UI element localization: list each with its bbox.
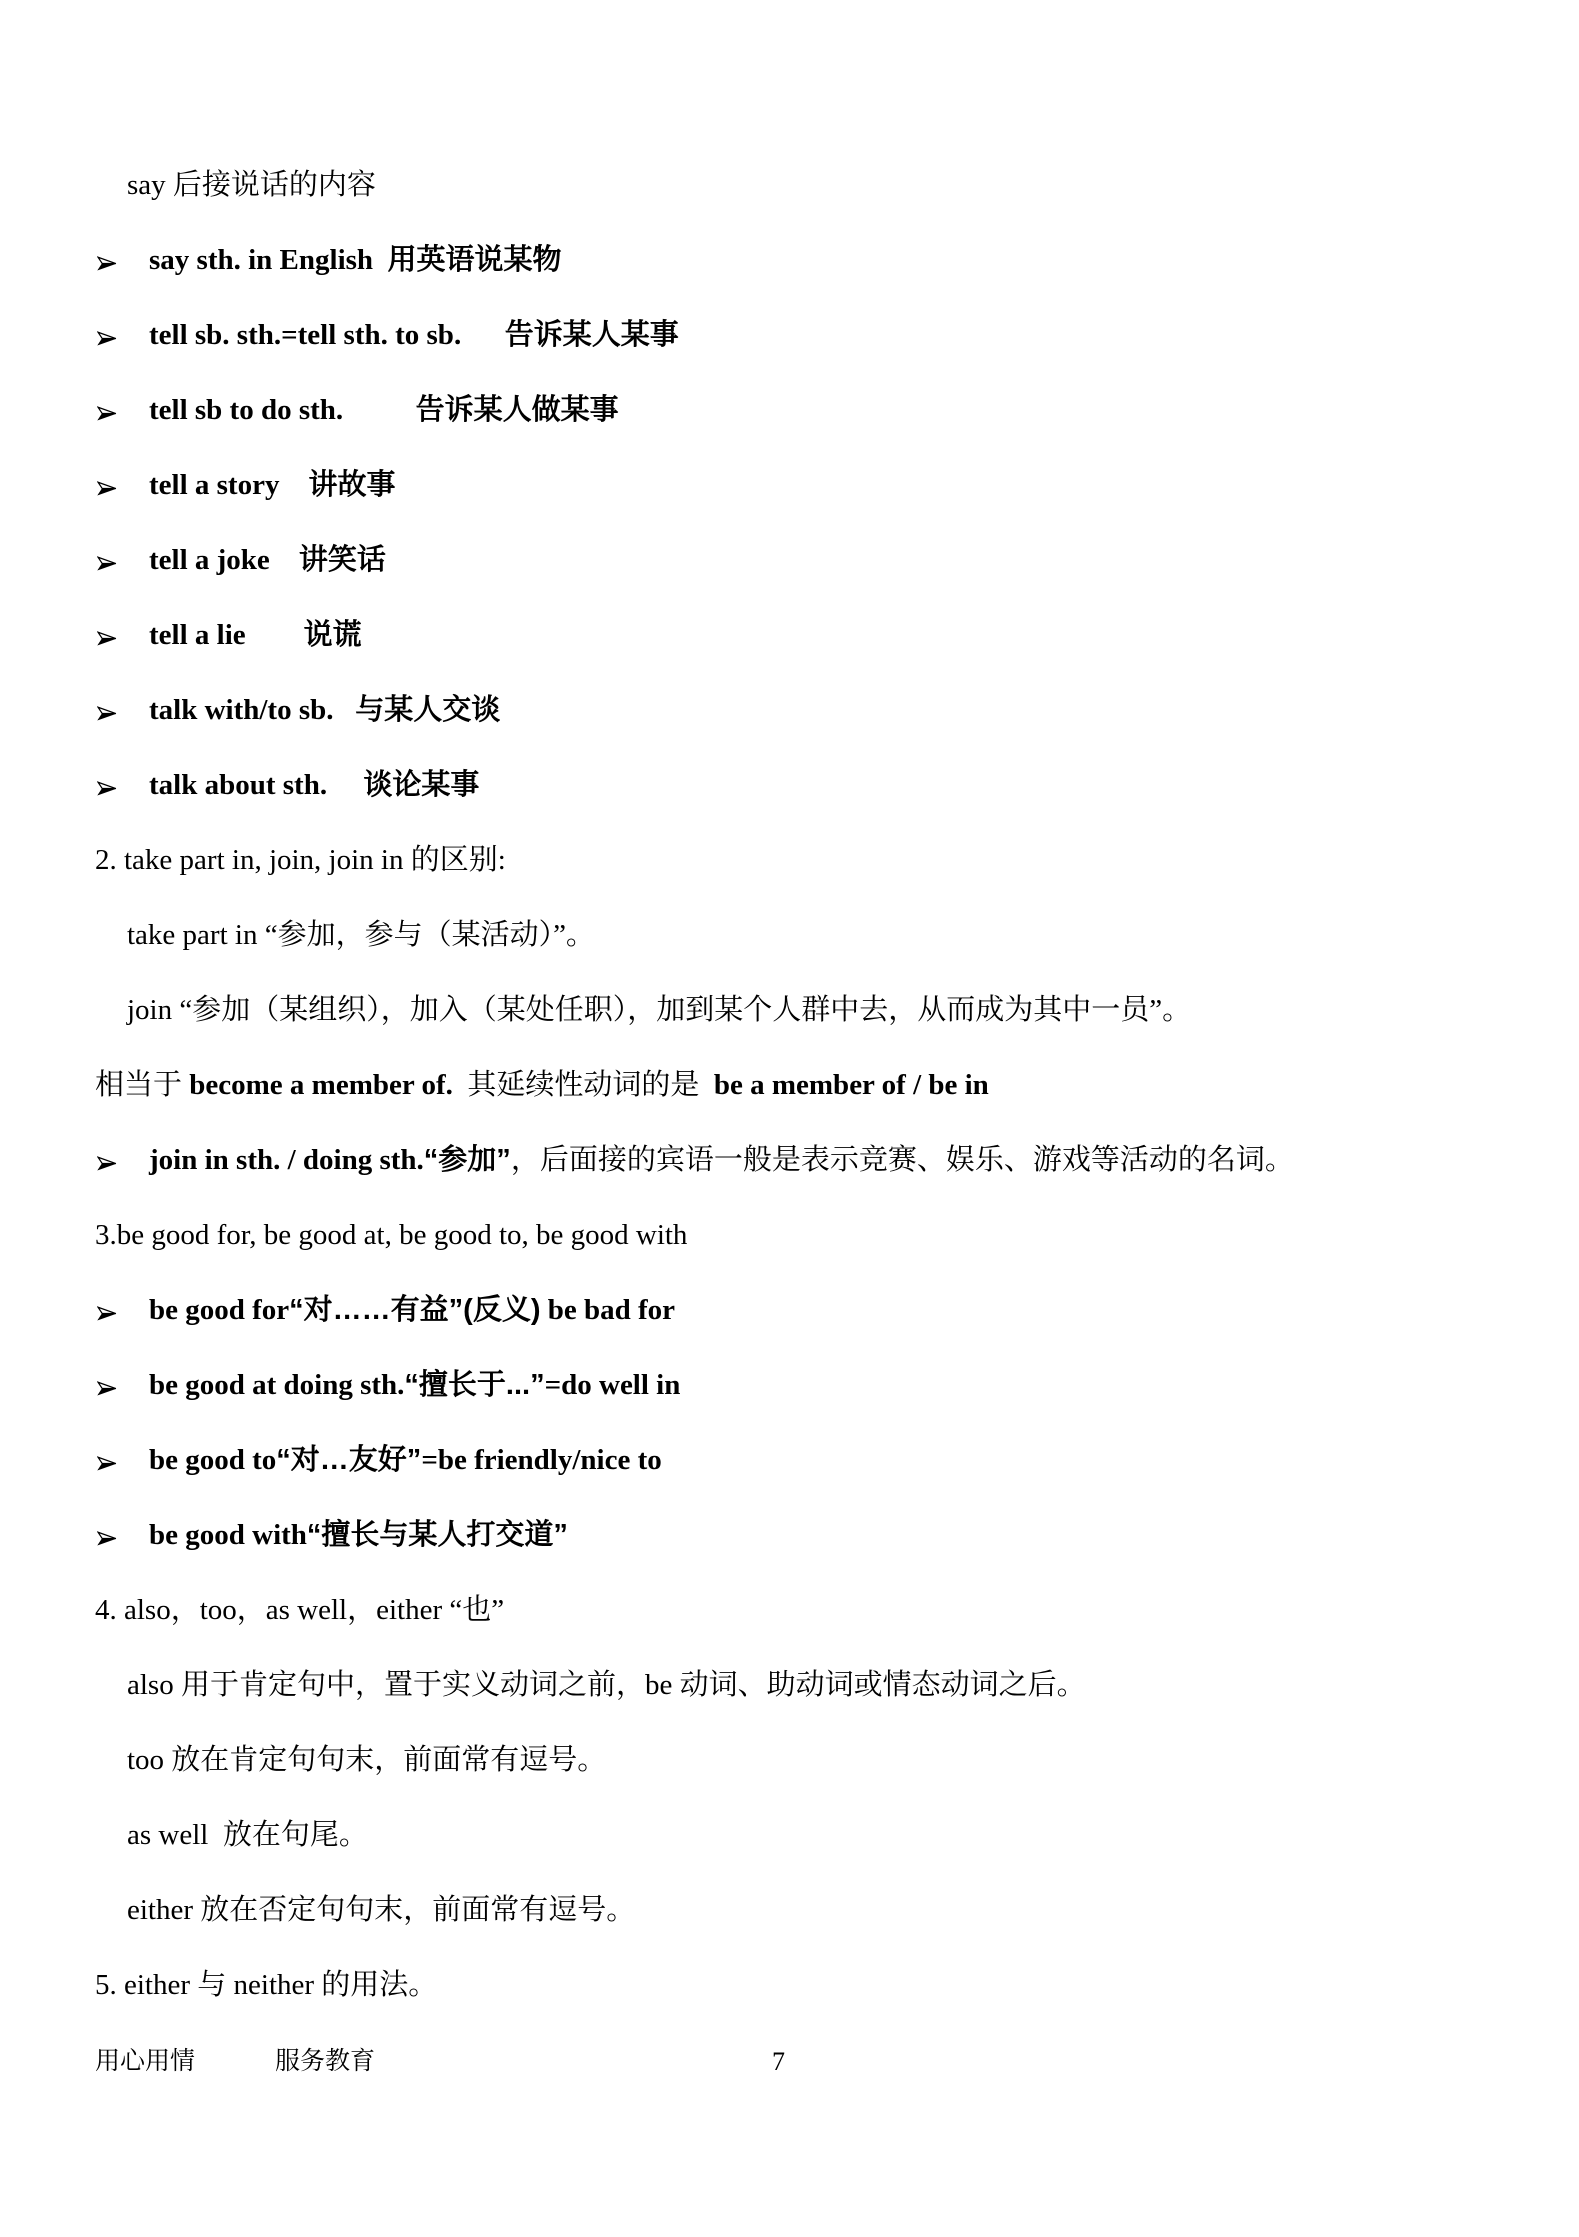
arrowhead-bullet-icon xyxy=(97,629,118,646)
text-line: 5. either 与 neither 的用法。 xyxy=(0,1948,1579,2023)
bullet-line: tell a joke 讲笑话 xyxy=(0,523,1579,598)
text-segment: 谈论某事 xyxy=(363,769,479,801)
text-line: too 放在肯定句句末，前面常有逗号。 xyxy=(0,1723,1579,1798)
arrowhead-bullet-icon xyxy=(97,554,118,571)
text-segment: be good for xyxy=(149,1294,289,1326)
text-segment: “参加” xyxy=(424,1144,511,1176)
text-segment: “对……有益”(反义) xyxy=(289,1294,540,1326)
text-line: also 用于肯定句中，置于实义动词之前，be 动词、助动词或情态动词之后。 xyxy=(0,1648,1579,1723)
text-line: join “参加（某组织），加入（某处任职），加到某个人群中去，从而成为其中一员… xyxy=(0,973,1579,1048)
text-segment: 相当于 xyxy=(95,1069,189,1101)
text-segment xyxy=(279,469,308,501)
text-segment: be good with xyxy=(149,1519,307,1551)
text-segment: 4. also，too，as well，either “也” xyxy=(95,1594,504,1626)
text-segment: 讲故事 xyxy=(308,469,395,501)
text-segment: talk about sth. xyxy=(149,769,327,801)
bullet-line: talk about sth. 谈论某事 xyxy=(0,748,1579,823)
arrowhead-bullet-icon xyxy=(97,1454,118,1471)
text-segment: 用英语说某物 xyxy=(388,244,562,276)
text-line: 4. also，too，as well，either “也” xyxy=(0,1573,1579,1648)
text-segment: 5. either 与 neither 的用法。 xyxy=(95,1969,437,2001)
text-line: 3.be good for, be good at, be good to, b… xyxy=(0,1198,1579,1273)
text-line: take part in “参加，参与（某活动）”。 xyxy=(0,898,1579,973)
text-segment: tell a lie xyxy=(149,619,246,651)
text-segment xyxy=(373,244,388,276)
text-segment: join “参加（某组织），加入（某处任职），加到某个人群中去，从而成为其中一员… xyxy=(127,994,1191,1026)
bullet-line: tell sb. sth.=tell sth. to sb. 告诉某人某事 xyxy=(0,298,1579,373)
text-line: as well 放在句尾。 xyxy=(0,1798,1579,1873)
text-segment xyxy=(246,619,304,651)
arrowhead-bullet-icon xyxy=(97,1154,118,1171)
bullet-line: be good to“对…友好”=be friendly/nice to xyxy=(0,1423,1579,1498)
text-segment: =be friendly/nice to xyxy=(421,1444,661,1476)
bullet-line: be good with“擅长与某人打交道” xyxy=(0,1498,1579,1573)
bullet-line: be good at doing sth.“擅长于...”=do well in xyxy=(0,1348,1579,1423)
text-segment: say 后接说话的内容 xyxy=(127,169,376,201)
arrowhead-bullet-icon xyxy=(97,479,118,496)
text-segment: ，后面接的宾语一般是表示竞赛、娱乐、游戏等活动的名词。 xyxy=(511,1144,1294,1176)
footer-motto-left: 用心用情 xyxy=(95,2036,195,2088)
text-segment: 告诉某人做某事 xyxy=(416,394,619,426)
arrowhead-bullet-icon xyxy=(97,329,118,346)
arrowhead-bullet-icon xyxy=(97,779,118,796)
text-segment: 说谎 xyxy=(304,619,362,651)
text-segment: be bad for xyxy=(541,1294,676,1326)
text-segment: tell a story xyxy=(149,469,279,501)
text-segment: be good to xyxy=(149,1444,276,1476)
text-segment: as well 放在句尾。 xyxy=(127,1819,368,1851)
page-number: 7 xyxy=(772,2036,785,2088)
bullet-line: say sth. in English 用英语说某物 xyxy=(0,223,1579,298)
text-segment: also 用于肯定句中，置于实义动词之前，be 动词、助动词或情态动词之后。 xyxy=(127,1669,1086,1701)
page-footer: 用心用情 服务教育 7 xyxy=(0,2036,1579,2088)
text-segment xyxy=(327,769,363,801)
footer-motto-right: 服务教育 xyxy=(275,2036,375,2088)
arrowhead-bullet-icon xyxy=(97,254,118,271)
bullet-line: be good for“对……有益”(反义) be bad for xyxy=(0,1273,1579,1348)
text-segment: 讲笑话 xyxy=(299,544,386,576)
text-segment: talk with/to sb. xyxy=(149,694,334,726)
text-segment: too 放在肯定句句末，前面常有逗号。 xyxy=(127,1744,606,1776)
text-segment: 2. take part in, join, join in 的区别: xyxy=(95,844,506,876)
text-segment: 与某人交谈 xyxy=(355,694,500,726)
text-segment: 告诉某人某事 xyxy=(505,319,679,351)
text-segment: “对…友好” xyxy=(276,1444,421,1476)
text-segment xyxy=(334,694,356,726)
text-segment: tell a joke xyxy=(149,544,270,576)
text-segment: become a member of. xyxy=(189,1069,453,1101)
text-segment: be a member of / be in xyxy=(714,1069,989,1101)
arrowhead-bullet-icon xyxy=(97,1379,118,1396)
text-segment: 其延续性动词的是 xyxy=(453,1069,714,1101)
arrowhead-bullet-icon xyxy=(97,1304,118,1321)
text-segment: tell sb to do sth. xyxy=(149,394,343,426)
document-page: say 后接说话的内容say sth. in English 用英语说某物tel… xyxy=(0,0,1579,2237)
arrowhead-bullet-icon xyxy=(97,404,118,421)
arrowhead-bullet-icon xyxy=(97,1529,118,1546)
text-segment: say sth. in English xyxy=(149,244,373,276)
text-segment xyxy=(343,394,416,426)
text-segment: 3.be good for, be good at, be good to, b… xyxy=(95,1219,687,1251)
text-line: either 放在否定句句末，前面常有逗号。 xyxy=(0,1873,1579,1948)
bullet-line: tell a story 讲故事 xyxy=(0,448,1579,523)
text-segment: either 放在否定句句末，前面常有逗号。 xyxy=(127,1894,635,1926)
bullet-line: tell sb to do sth. 告诉某人做某事 xyxy=(0,373,1579,448)
bullet-line: tell a lie 说谎 xyxy=(0,598,1579,673)
text-segment: tell sb. sth.=tell sth. to sb. xyxy=(149,319,461,351)
text-segment: join in sth. / doing sth. xyxy=(149,1144,424,1176)
text-line: say 后接说话的内容 xyxy=(0,148,1579,223)
text-line: 2. take part in, join, join in 的区别: xyxy=(0,823,1579,898)
text-segment: be good at doing sth. xyxy=(149,1369,404,1401)
text-line: 相当于 become a member of. 其延续性动词的是 be a me… xyxy=(0,1048,1579,1123)
arrowhead-bullet-icon xyxy=(97,704,118,721)
document-body: say 后接说话的内容say sth. in English 用英语说某物tel… xyxy=(0,148,1579,2023)
text-segment: =do well in xyxy=(545,1369,681,1401)
text-segment xyxy=(270,544,299,576)
text-segment: “擅长与某人打交道” xyxy=(307,1519,568,1551)
text-segment: “擅长于...” xyxy=(404,1369,544,1401)
bullet-line: talk with/to sb. 与某人交谈 xyxy=(0,673,1579,748)
text-segment: take part in “参加，参与（某活动）”。 xyxy=(127,919,595,951)
bullet-line: join in sth. / doing sth.“参加”，后面接的宾语一般是表… xyxy=(0,1123,1579,1198)
text-segment xyxy=(461,319,505,351)
